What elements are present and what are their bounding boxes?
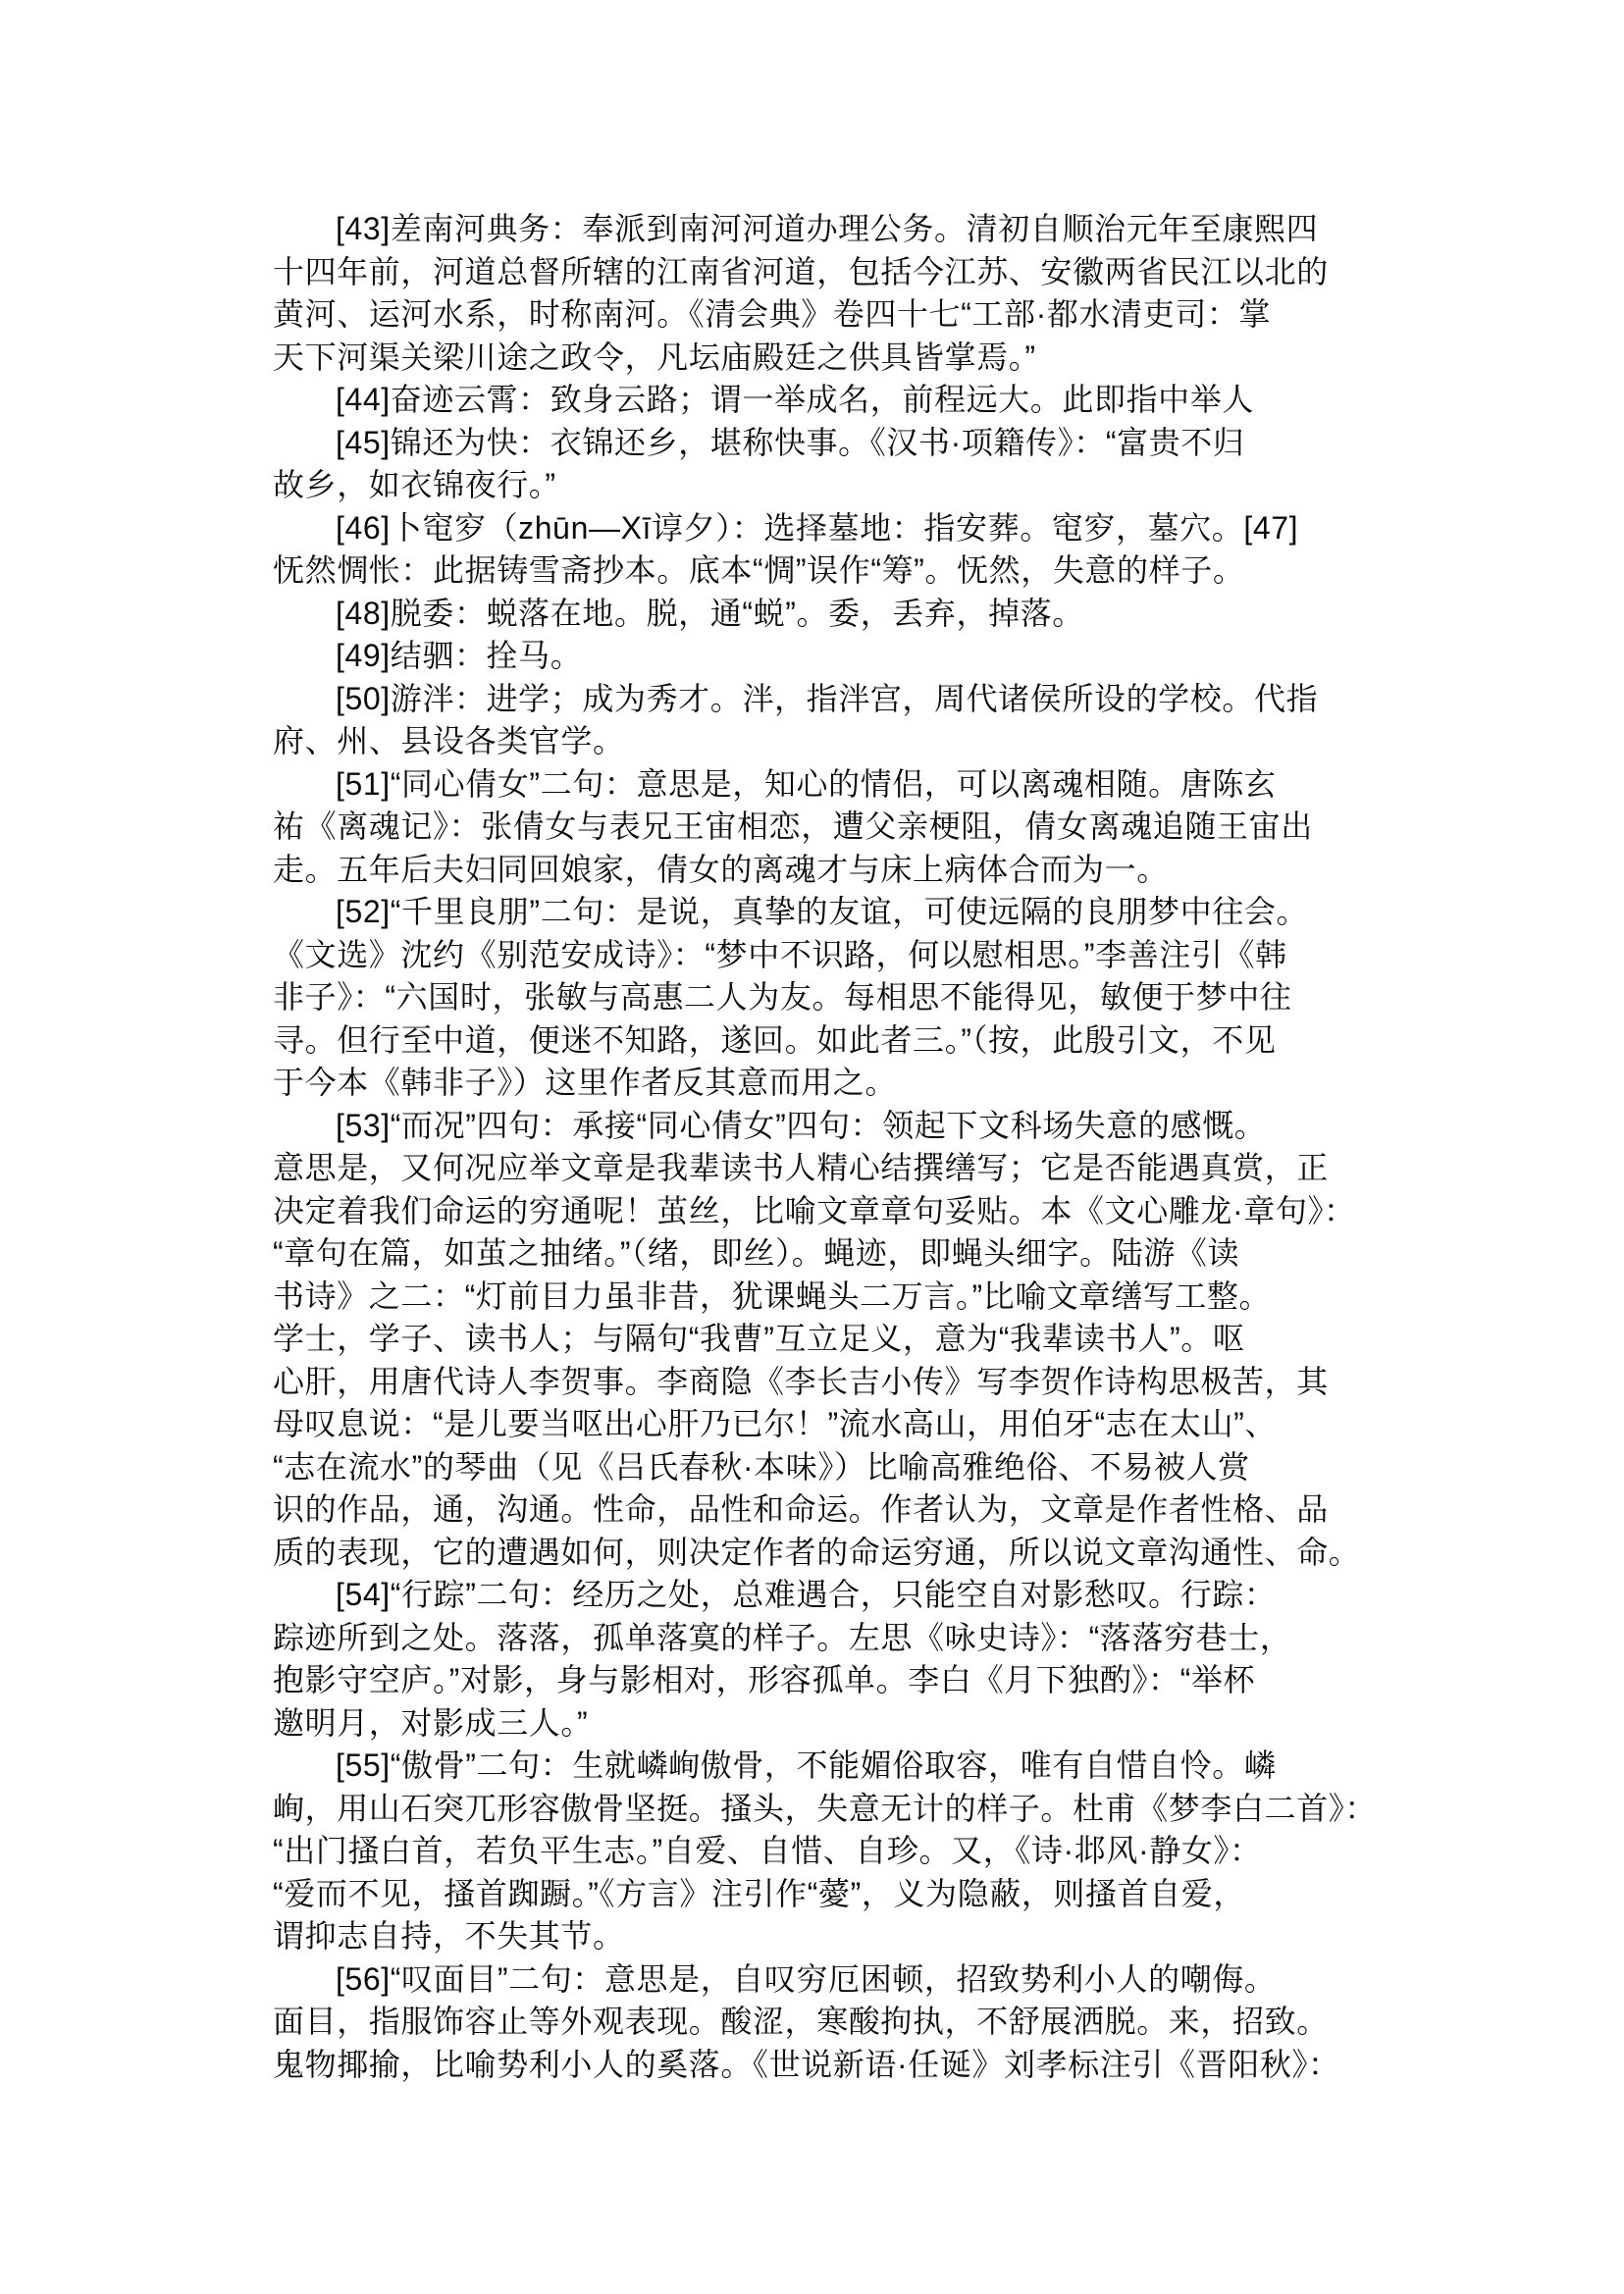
text-line: [45]锦还为快：衣锦还乡，堪称快事。《汉书·项籍传》：“富贵不归	[273, 422, 1362, 465]
text-line: 黄河、运河水系，时称南河。《清会典》卷四十七“工部·都水清吏司：掌	[273, 293, 1362, 337]
text-line: 祐《离魂记》：张倩女与表兄王宙相恋，遭父亲梗阻，倩女离魂追随王宙出	[273, 806, 1362, 849]
text-line: 峋，用山石突兀形容傲骨坚挺。搔头，失意无计的样子。杜甫《梦李白二首》：	[273, 1788, 1362, 1831]
text-line: 鬼物揶揄，比喻势利小人的奚落。《世说新语·任诞》刘孝标注引《晋阳秋》：	[273, 2044, 1362, 2087]
text-line: “志在流水”的琴曲（见《吕氏春秋·本味》）比喻高雅绝俗、不易被人赏	[273, 1446, 1362, 1489]
text-line: 谓抑志自持，不失其节。	[273, 1915, 1362, 1958]
text-line: [44]奋迹云霄：致身云路；谓一举成名，前程远大。此即指中举人	[273, 379, 1362, 422]
text-line: 于今本《韩非子》）这里作者反其意而用之。	[273, 1062, 1362, 1105]
text-line: 意思是，又何况应举文章是我辈读书人精心结撰缮写；它是否能遇真赏，正	[273, 1147, 1362, 1190]
text-line: 走。五年后夫妇同回娘家，倩女的离魂才与床上病体合而为一。	[273, 849, 1362, 892]
footnote-paragraph-45: [45]锦还为快：衣锦还乡，堪称快事。《汉书·项籍传》：“富贵不归故乡，如衣锦夜…	[273, 422, 1362, 507]
text-line: 母叹息说：“是儿要当呕出心肝乃已尔！”流水高山，用伯牙“志在太山”、	[273, 1403, 1362, 1446]
footnote-paragraph-51: [51]“同心倩女”二句：意思是，知心的情侣，可以离魂相随。唐陈玄祐《离魂记》：…	[273, 763, 1362, 892]
text-line: [48]脱委：蜕落在地。脱，通“蜕”。委，丢弃，掉落。	[273, 593, 1362, 636]
text-line: [51]“同心倩女”二句：意思是，知心的情侣，可以离魂相随。唐陈玄	[273, 763, 1362, 807]
footnote-paragraph-56: [56]“叹面目”二句：意思是，自叹穷厄困顿，招致势利小人的嘲侮。面目，指服饰容…	[273, 1958, 1362, 2087]
footnote-paragraph-54: [54]“行踪”二句：经历之处，总难遇合，只能空自对影愁叹。行踪：踪迹所到之处。…	[273, 1574, 1362, 1745]
text-line: 踪迹所到之处。落落，孤单落寞的样子。左思《咏史诗》：“落落穷巷士，	[273, 1617, 1362, 1660]
text-line: “章句在篇，如茧之抽绪。”（绪，即丝）。蝇迹，即蝇头细字。陆游《读	[273, 1232, 1362, 1276]
text-line: 质的表现，它的遭遇如何，则决定作者的命运穷通，所以说文章沟通性、命。	[273, 1532, 1362, 1575]
text-line: “出门搔白首，若负平生志。”自爱、自惜、自珍。又，《诗·邶风·静女》：	[273, 1830, 1362, 1873]
footnote-paragraph-46-47: [46]卜窀穸（zhūn—Xī谆夕）：选择墓地：指安葬。窀穸，墓穴。[47]怃然…	[273, 507, 1362, 593]
document-page: [43]差南河典务：奉派到南河河道办理公务。清初自顺治元年至康熙四十四年前，河道…	[0, 0, 1624, 2294]
text-line: [46]卜窀穸（zhūn—Xī谆夕）：选择墓地：指安葬。窀穸，墓穴。[47]	[273, 507, 1362, 550]
text-line: 抱影守空庐。”对影，身与影相对，形容孤单。李白《月下独酌》：“举杯	[273, 1659, 1362, 1702]
text-line: [54]“行踪”二句：经历之处，总难遇合，只能空自对影愁叹。行踪：	[273, 1574, 1362, 1617]
text-line: [56]“叹面目”二句：意思是，自叹穷厄困顿，招致势利小人的嘲侮。	[273, 1958, 1362, 2002]
footnote-paragraph-52: [52]“千里良朋”二句：是说，真挚的友谊，可使远隔的良朋梦中往会。《文选》沈约…	[273, 891, 1362, 1105]
footnote-paragraph-43: [43]差南河典务：奉派到南河河道办理公务。清初自顺治元年至康熙四十四年前，河道…	[273, 208, 1362, 379]
text-line: 寻。但行至中道，便迷不知路，遂回。如此者三。”（按，此殷引文，不见	[273, 1019, 1362, 1063]
footnote-paragraph-53: [53]“而况”四句：承接“同心倩女”四句：领起下文科场失意的感慨。意思是，又何…	[273, 1105, 1362, 1575]
text-line: 故乡，如衣锦夜行。”	[273, 464, 1362, 507]
text-line: 十四年前，河道总督所辖的江南省河道，包括今江苏、安徽两省民江以北的	[273, 251, 1362, 294]
text-line: 决定着我们命运的穷通呢！茧丝，比喻文章章句妥贴。本《文心雕龙·章句》：	[273, 1190, 1362, 1233]
footnote-paragraph-44: [44]奋迹云霄：致身云路；谓一举成名，前程远大。此即指中举人	[273, 379, 1362, 422]
text-line: [50]游泮：进学；成为秀才。泮，指泮宫，周代诸侯所设的学校。代指	[273, 678, 1362, 721]
text-line: [52]“千里良朋”二句：是说，真挚的友谊，可使远隔的良朋梦中往会。	[273, 891, 1362, 934]
footnote-paragraph-55: [55]“傲骨”二句：生就嶙峋傲骨，不能媚俗取容，唯有自惜自怜。嶙峋，用山石突兀…	[273, 1745, 1362, 1958]
text-line: 面目，指服饰容止等外观表现。酸涩，寒酸拘执，不舒展洒脱。来，招致。	[273, 2001, 1362, 2044]
text-line: “爱而不见，搔首踟蹰。”《方言》注引作“薆”，义为隐蔽，则搔首自爱，	[273, 1873, 1362, 1916]
annotations-text-block: [43]差南河典务：奉派到南河河道办理公务。清初自顺治元年至康熙四十四年前，河道…	[273, 208, 1362, 2086]
footnote-paragraph-48: [48]脱委：蜕落在地。脱，通“蜕”。委，丢弃，掉落。	[273, 593, 1362, 636]
text-line: [49]结驷：拴马。	[273, 635, 1362, 678]
footnote-paragraph-49: [49]结驷：拴马。	[273, 635, 1362, 678]
text-line: 怃然惆怅：此据铸雪斋抄本。底本“惆”误作“筹”。怃然，失意的样子。	[273, 549, 1362, 593]
footnote-paragraph-50: [50]游泮：进学；成为秀才。泮，指泮宫，周代诸侯所设的学校。代指府、州、县设各…	[273, 678, 1362, 763]
text-line: 非子》：“六国时，张敏与高惠二人为友。每相思不能得见，敏便于梦中往	[273, 976, 1362, 1019]
text-line: 学士，学子、读书人；与隔句“我曹”互立足义，意为“我辈读书人”。呕	[273, 1318, 1362, 1361]
text-line: 邀明月，对影成三人。”	[273, 1702, 1362, 1746]
text-line: 识的作品，通，沟通。性命，品性和命运。作者认为，文章是作者性格、品	[273, 1488, 1362, 1532]
text-line: 天下河渠关梁川途之政令，凡坛庙殿廷之供具皆掌焉。”	[273, 337, 1362, 380]
text-line: [55]“傲骨”二句：生就嶙峋傲骨，不能媚俗取容，唯有自惜自怜。嶙	[273, 1745, 1362, 1788]
text-line: 书诗》之二：“灯前目力虽非昔，犹课蝇头二万言。”比喻文章缮写工整。	[273, 1276, 1362, 1319]
text-line: [53]“而况”四句：承接“同心倩女”四句：领起下文科场失意的感慨。	[273, 1105, 1362, 1148]
text-line: 心肝，用唐代诗人李贺事。李商隐《李长吉小传》写李贺作诗构思极苦，其	[273, 1361, 1362, 1404]
text-line: [43]差南河典务：奉派到南河河道办理公务。清初自顺治元年至康熙四	[273, 208, 1362, 251]
text-line: 府、州、县设各类官学。	[273, 720, 1362, 763]
text-line: 《文选》沈约《别范安成诗》：“梦中不识路，何以慰相思。”李善注引《韩	[273, 934, 1362, 977]
